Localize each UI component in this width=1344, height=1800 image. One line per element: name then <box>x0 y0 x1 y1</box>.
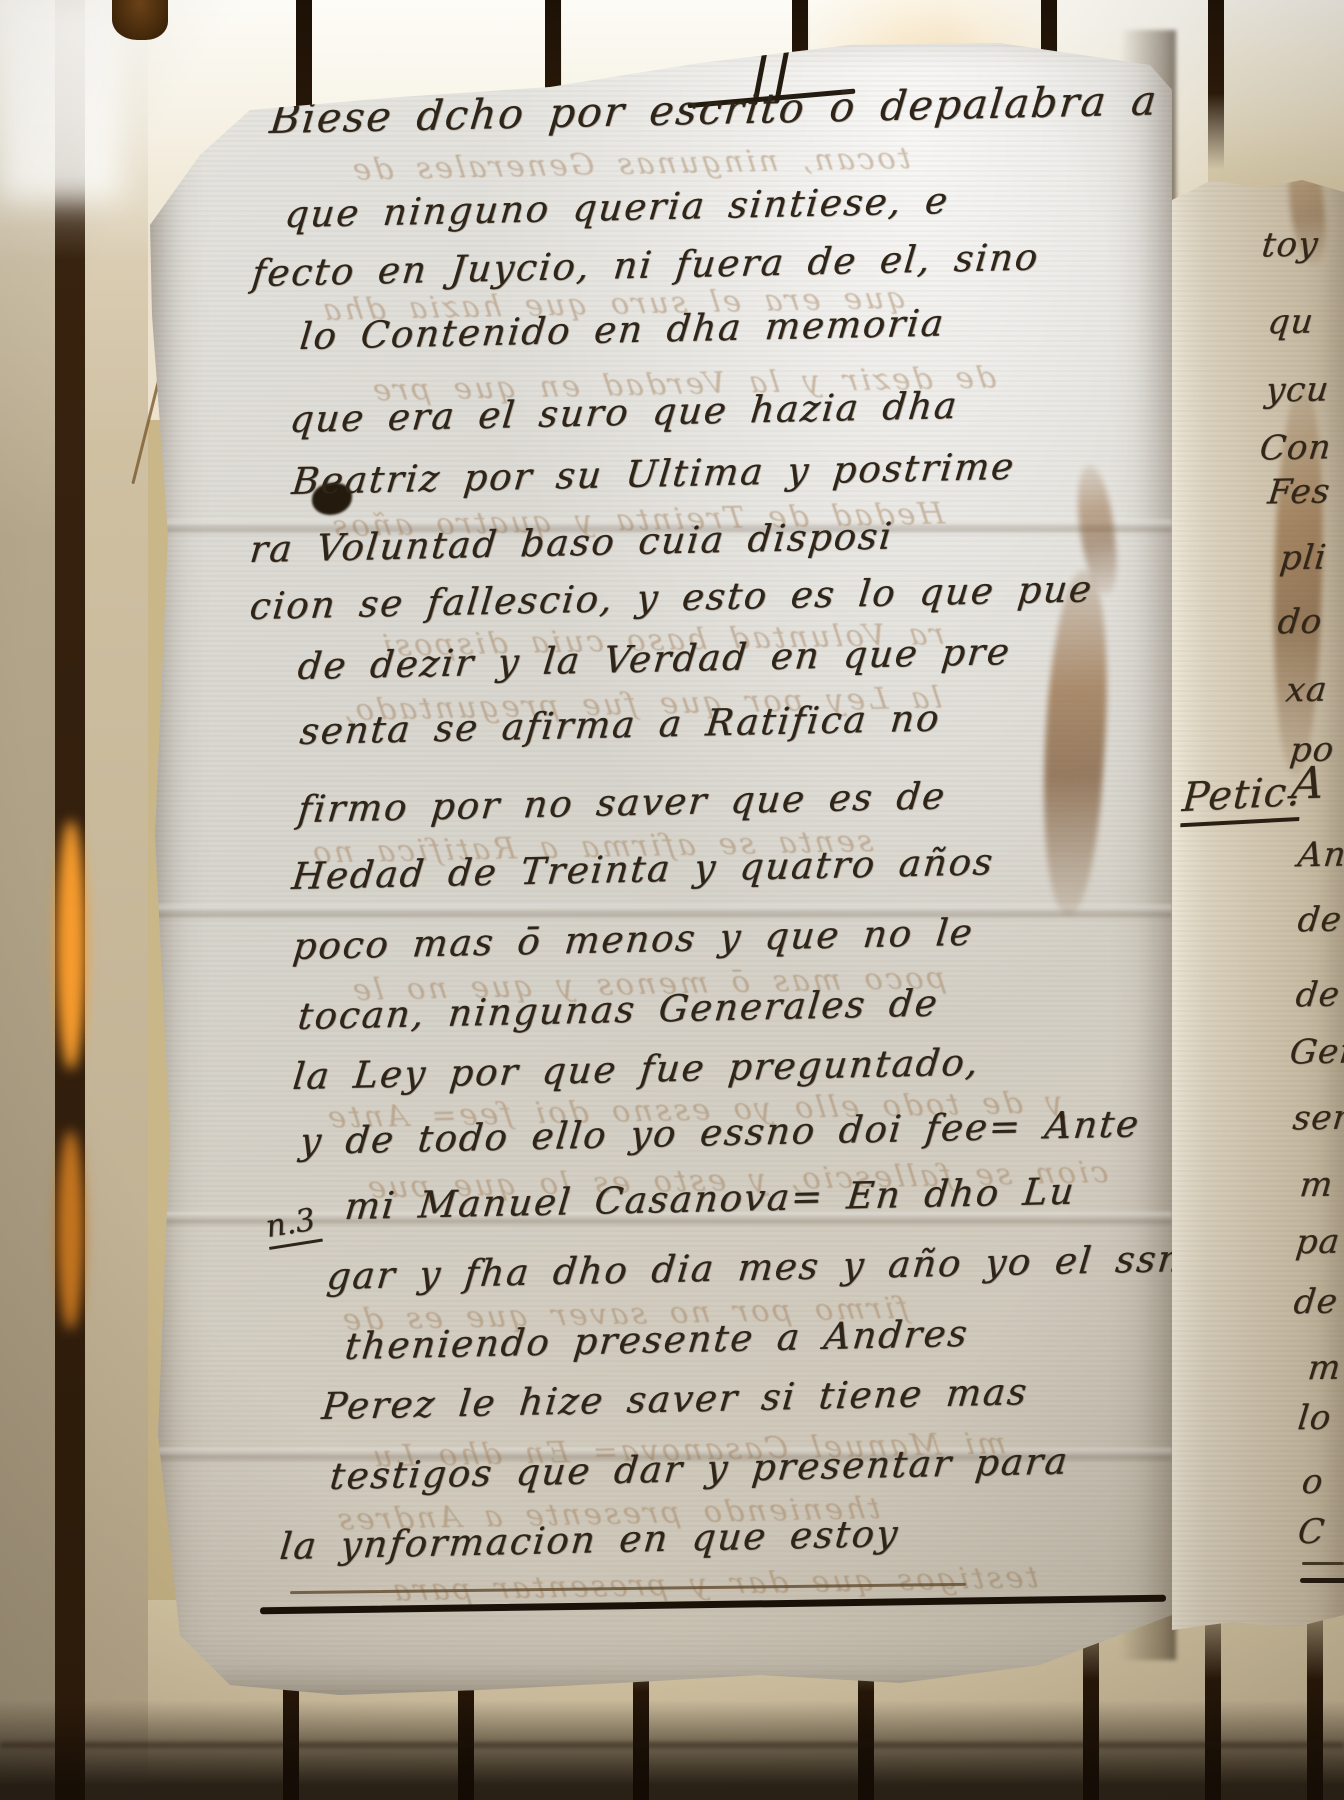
manuscript-line: firmo por no saver que es de <box>296 774 949 831</box>
manuscript-fragment: qu <box>1266 302 1316 343</box>
manuscript-fragment: A <box>1289 758 1327 810</box>
closing-rule-bold <box>1300 1578 1344 1583</box>
fence-plank <box>0 0 55 1800</box>
manuscript-fragment: do <box>1276 602 1325 643</box>
manuscript-fragment: pa <box>1294 1222 1342 1263</box>
manuscript-line: Beatriz por su Ultima y postrime <box>290 445 1018 503</box>
manuscript-fragment: de <box>1292 1282 1340 1323</box>
manuscript-line: poco mas ō menos y que no le <box>291 911 976 968</box>
manuscript-fragment: pli <box>1278 538 1329 579</box>
manuscript-left-page: tocan, ningunas Generales de que era el … <box>140 35 1172 1700</box>
margin-petition-note: Petic. <box>1180 769 1302 827</box>
photo-scene: tocan, ningunas Generales de que era el … <box>0 0 1344 1800</box>
bottom-shadow <box>0 1700 1344 1800</box>
manuscript-right-page: 1. C toy qu ycu Con Fes pli do xa po Pet… <box>1172 30 1344 1650</box>
manuscript-fragment: de <box>1294 975 1342 1016</box>
sunlight-glow <box>56 820 86 1070</box>
manuscript-line: que ninguno queria sintiese, e <box>283 179 952 236</box>
sunlight-glow <box>57 1130 84 1330</box>
manuscript-fragment: xa <box>1284 670 1330 711</box>
manuscript-fragment: C <box>1296 1512 1327 1552</box>
manuscript-line: gar y fha dho dia mes y año yo el ssno <box>325 1237 1210 1299</box>
manuscript-line: fecto en Juycio, ni fuera de el, sino <box>250 235 1042 295</box>
manuscript-fragment: lo <box>1296 1398 1334 1439</box>
water-stain <box>1033 568 1117 916</box>
manuscript-fragment: Gen <box>1288 1031 1344 1072</box>
margin-number-note: n.3 <box>263 1201 322 1250</box>
fence-plank <box>85 0 148 1800</box>
manuscript-fragment: m <box>1298 1165 1336 1206</box>
overexposed-light <box>0 0 120 200</box>
manuscript-line: Perez le hize saver si tiene mas <box>320 1370 1031 1428</box>
manuscript-fragment: Fes <box>1266 471 1333 512</box>
manuscript-fragment: o <box>1300 1462 1326 1502</box>
manuscript-line: cion se fallescio, y esto es lo que pue <box>248 567 1095 628</box>
wood-knot <box>112 0 168 40</box>
manuscript-fragment: An <box>1296 835 1344 876</box>
fence-gap <box>1208 0 1224 170</box>
manuscript-fragment: sen <box>1291 1097 1344 1138</box>
manuscript-fragment: m <box>1306 1348 1344 1389</box>
manuscript-fragment: Con <box>1258 427 1334 468</box>
manuscript-fragment: de <box>1296 900 1344 941</box>
closing-rule-thin <box>1302 1562 1344 1565</box>
manuscript-fragment: toy <box>1260 225 1321 266</box>
manuscript-fragment: ycu <box>1264 369 1331 410</box>
